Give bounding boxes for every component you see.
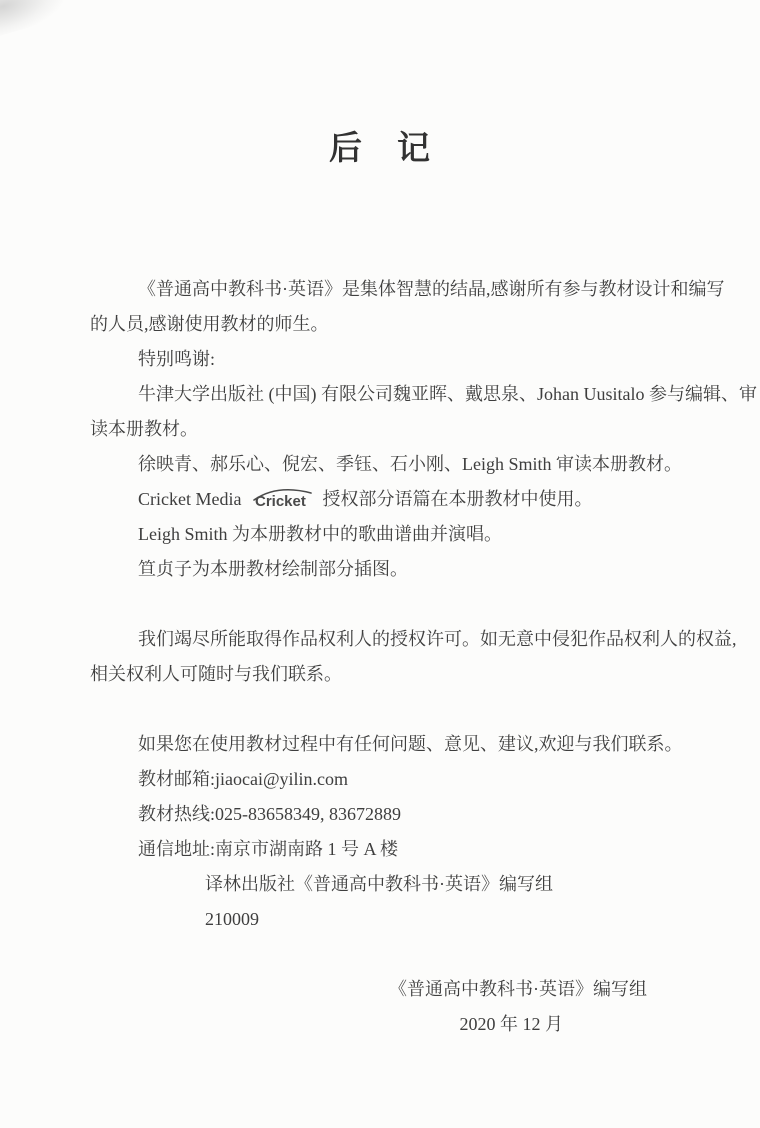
blank-line bbox=[90, 692, 760, 727]
hotline-line: 教材热线:025-83658349, 83672889 bbox=[90, 797, 760, 832]
signature-line: 《普通高中教科书·英语》编写组 bbox=[90, 972, 760, 1007]
oup-credit-line-1: 牛津大学出版社 (中国) 有限公司魏亚晖、戴思泉、Johan Uusitalo … bbox=[90, 377, 760, 412]
document-body: 《普通高中教科书·英语》是集体智慧的结晶,感谢所有参与教材设计和编写的人员,感谢… bbox=[90, 272, 760, 1042]
email-line: 教材邮箱:jiaocai@yilin.com bbox=[90, 762, 760, 797]
cricket-media-logo-icon: Cricket bbox=[249, 484, 315, 510]
page-title: 后 记 bbox=[0, 122, 760, 169]
postcode-line: 210009 bbox=[90, 902, 760, 937]
copyright-line-1: 我们竭尽所能取得作品权利人的授权许可。如无意中侵犯作品权利人的权益, bbox=[90, 622, 760, 657]
copyright-line-2: 相关权利人可随时与我们联系。 bbox=[90, 657, 760, 692]
oup-credit-line-2: 读本册教材。 bbox=[90, 412, 760, 447]
reviewers-credit-line: 徐映青、郝乐心、倪宏、季钰、石小刚、Leigh Smith 审读本册教材。 bbox=[90, 447, 760, 482]
cricket-media-credit-line: Cricket Media Cricket 授权部分语篇在本册教材中使用。 bbox=[90, 482, 760, 517]
intro-line-1: 《普通高中教科书·英语》是集体智慧的结晶,感谢所有参与教材设计和编写 bbox=[90, 272, 760, 307]
scan-artifact bbox=[0, 0, 68, 38]
document-page: 后 记 《普通高中教科书·英语》是集体智慧的结晶,感谢所有参与教材设计和编写的人… bbox=[0, 0, 760, 1128]
text-segment: Cricket Media bbox=[138, 489, 246, 509]
address-line-1: 通信地址:南京市湖南路 1 号 A 楼 bbox=[90, 832, 760, 867]
illustration-credit-line: 笪贞子为本册教材绘制部分插图。 bbox=[90, 552, 760, 587]
intro-line-2: 的人员,感谢使用教材的师生。 bbox=[90, 307, 760, 342]
song-credit-line: Leigh Smith 为本册教材中的歌曲谱曲并演唱。 bbox=[90, 517, 760, 552]
address-line-2: 译林出版社《普通高中教科书·英语》编写组 bbox=[90, 867, 760, 902]
blank-line bbox=[90, 587, 760, 622]
svg-text:Cricket: Cricket bbox=[255, 493, 306, 510]
text-segment: 授权部分语篇在本册教材中使用。 bbox=[318, 489, 593, 509]
blank-line bbox=[90, 937, 760, 972]
special-thanks-heading: 特别鸣谢: bbox=[90, 342, 760, 377]
feedback-line: 如果您在使用教材过程中有任何问题、意见、建议,欢迎与我们联系。 bbox=[90, 727, 760, 762]
date-line: 2020 年 12 月 bbox=[90, 1007, 760, 1042]
